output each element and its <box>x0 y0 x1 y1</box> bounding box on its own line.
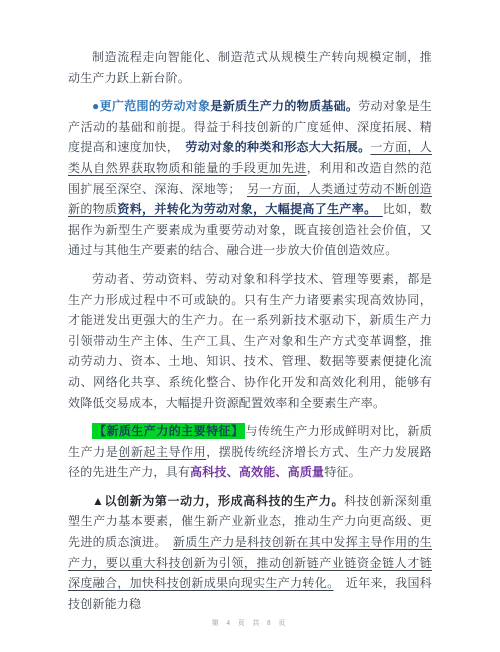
bold-run: 是新质生产力的物质基础。 <box>210 99 358 113</box>
bold-underlined-run: 资料，并转化为劳动对象，大幅提高了生产率。 <box>117 202 382 216</box>
document-page: 制造流程走向智能化、制造范式从规模生产转向规模定制，推动生产力跃上新台阶。 ●更… <box>0 0 500 652</box>
bullet-heading-run: ●更广范围的劳动对象 <box>92 99 210 113</box>
paragraph-innovation-driver: ▲以创新为第一动力，形成高科技的生产力。科技创新深刻重塑生产力基本要素，催生新产… <box>68 491 432 615</box>
text-run: 制造流程走向智能化、制造范式从规模生产转向规模定制，推动生产力跃上新台阶。 <box>68 50 432 85</box>
paragraph-intro-continuation: 制造流程走向智能化、制造范式从规模生产转向规模定制，推动生产力跃上新台阶。 <box>68 47 432 88</box>
paragraph-bullet-labor-object: ●更广范围的劳动对象是新质生产力的物质基础。劳动对象是生产活动的基础和前提。得益… <box>68 96 432 261</box>
paragraph-factors-synergy: 劳动者、劳动资料、劳动对象和科学技术、管理等要素，都是生产力形成过程中不可或缺的… <box>68 269 432 413</box>
bold-run: 劳动对象的种类和形态大大拓展。 <box>185 140 370 154</box>
purple-features-run: 高科技、高效能、高质量 <box>190 465 324 479</box>
green-highlight-heading: 【新质生产力的主要特征】 <box>92 423 245 439</box>
text-run: 特征。 <box>324 465 361 479</box>
page-number-footer: 第 4 页 共 8 页 <box>0 618 500 628</box>
text-block: 制造流程走向智能化、制造范式从规模生产转向规模定制，推动生产力跃上新台阶。 ●更… <box>68 47 432 622</box>
underlined-run: 创新起主导作用 <box>118 445 206 459</box>
text-run: 劳动者、劳动资料、劳动对象和科学技术、管理等要素，都是生产力形成过程中不可或缺的… <box>68 272 432 410</box>
paragraph-main-features: 【新质生产力的主要特征】与传统生产力形成鲜明对比，新质 生产力是创新起主导作用，… <box>68 421 432 483</box>
triangle-heading-run: ▲以创新为第一动力，形成高科技的生产力。 <box>92 494 344 508</box>
